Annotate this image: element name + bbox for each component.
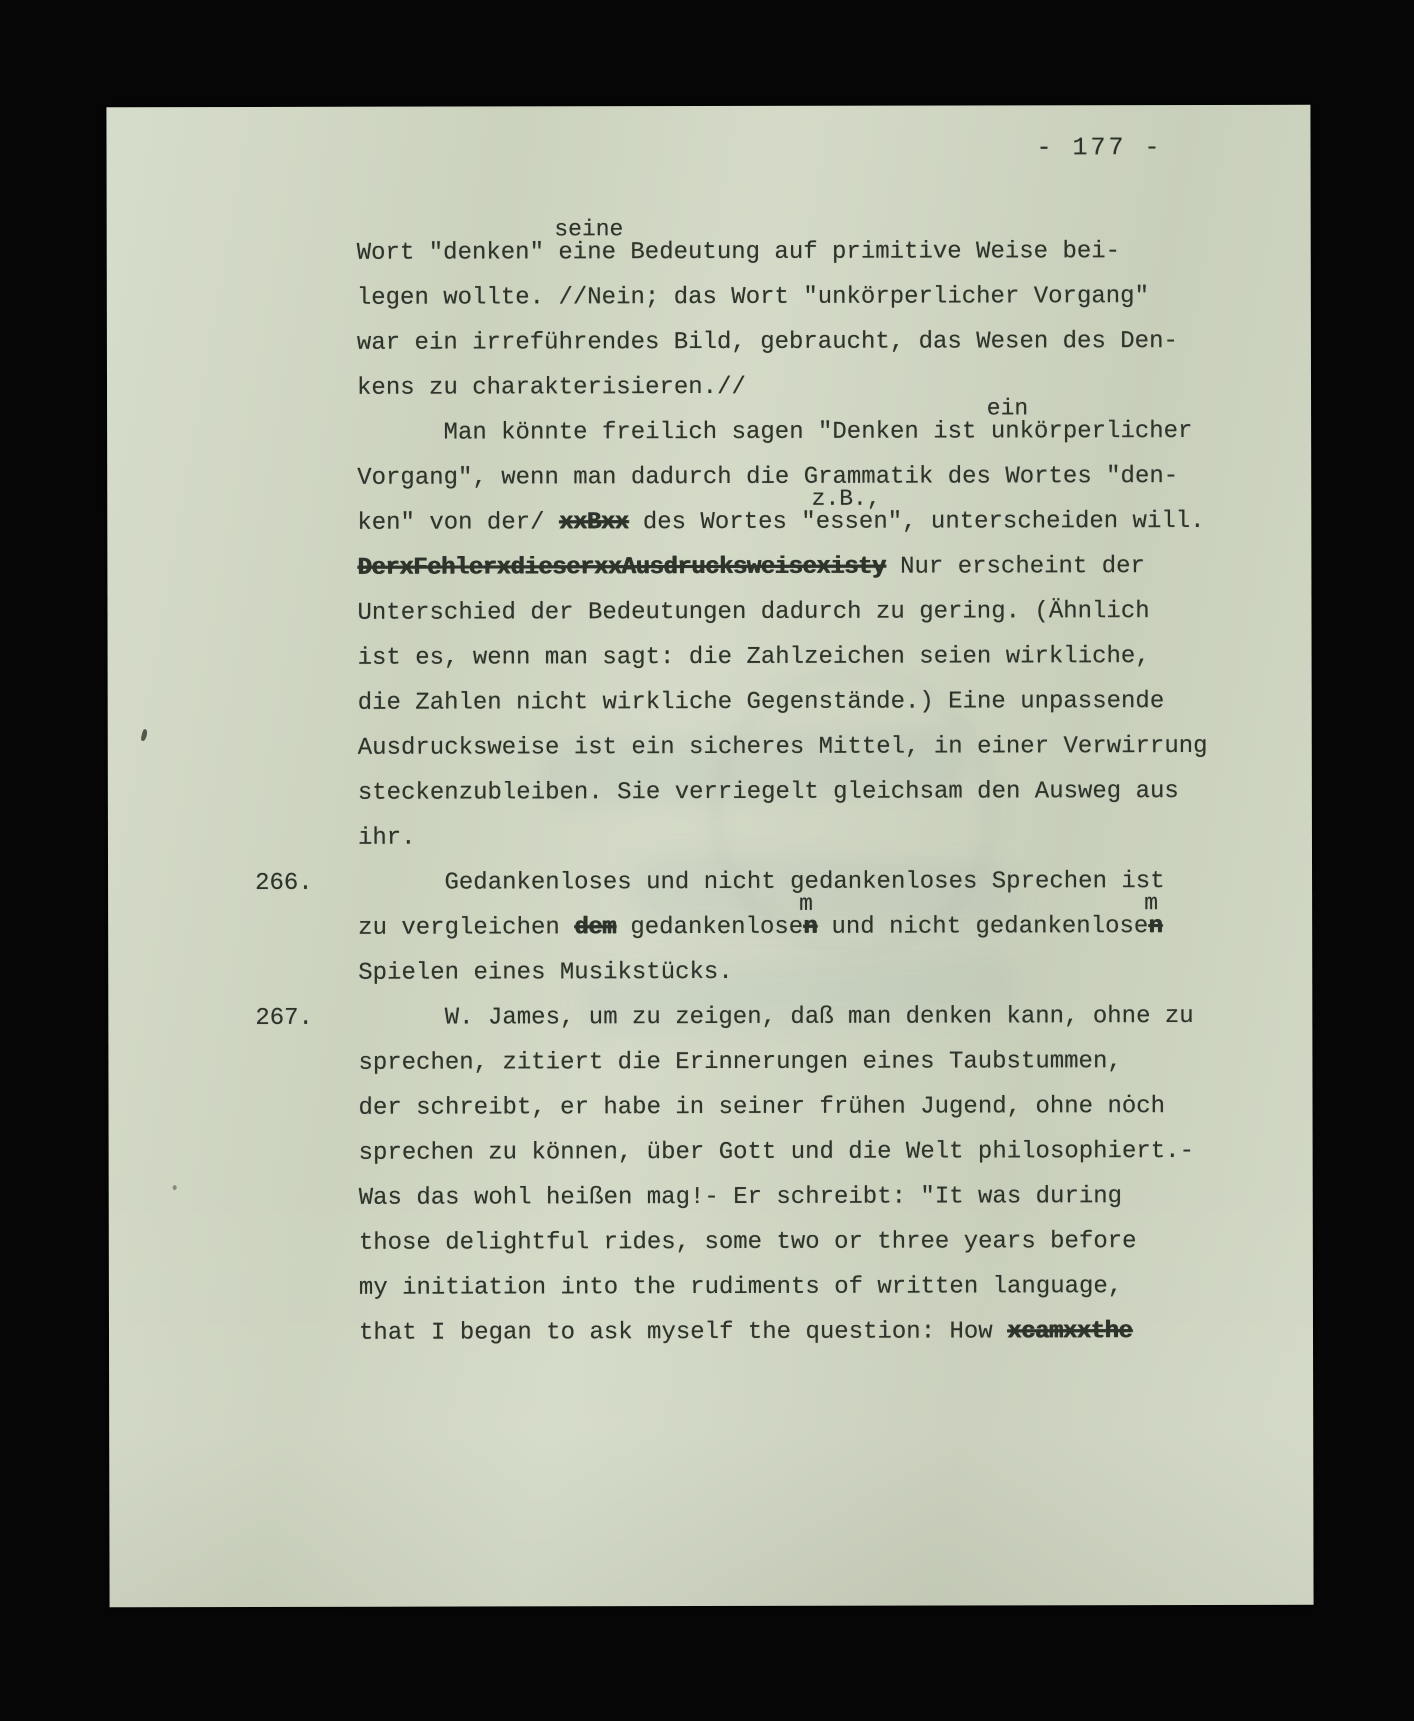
text-line: Spielen eines Musikstücks. <box>358 949 1208 996</box>
text-line: war ein irreführendes Bild, gebraucht, d… <box>357 319 1207 366</box>
struck-text: n <box>1148 913 1162 940</box>
text-line: Vorgang", wenn man dadurch die Grammatik… <box>357 454 1207 501</box>
text-line: ihr. <box>358 814 1208 861</box>
text-run: Unterschied der Bedeutungen dadurch zu g… <box>357 598 1149 627</box>
interline-insertion: z.B., <box>812 488 881 511</box>
typescript-page: - 177 - Wort "denken" seineeine Bedeutun… <box>106 105 1313 1608</box>
text-run: der schreibt, er habe in seiner frühen J… <box>358 1093 1165 1122</box>
text-run: ihr. <box>358 825 416 852</box>
text-line: ist es, wenn man sagt: die Zahlzeichen s… <box>358 634 1208 681</box>
text-line: 267. W. James, um zu zeigen, daß man den… <box>358 994 1208 1041</box>
text-line: 266. Gedankenloses und nicht gedankenlos… <box>358 859 1208 906</box>
section-number: 266. <box>255 861 313 906</box>
text-line: Wort "denken" seineeine Bedeutung auf pr… <box>357 229 1207 276</box>
struck-text: dem <box>574 914 616 941</box>
text-run: Ausdrucksweise ist ein sicheres Mittel, … <box>358 733 1208 762</box>
text-block: Wort "denken" seineeine Bedeutung auf pr… <box>357 229 1209 1356</box>
ink-speck <box>173 1185 177 1190</box>
text-run: legen wollte. //Nein; das Wort "unkörper… <box>357 283 1149 312</box>
text-run: steckenzubleiben. Sie verriegelt gleichs… <box>358 778 1179 807</box>
interline-insertion: ein <box>987 397 1028 420</box>
text-run: my initiation into the rudiments of writ… <box>359 1273 1122 1302</box>
page-number: - 177 - <box>1036 133 1162 162</box>
text-run: Was das wohl heißen mag!- Er schreibt: "… <box>359 1183 1122 1212</box>
text-line: Ausdrucksweise ist ein sicheres Mittel, … <box>358 724 1208 771</box>
struck-text: xxBxx <box>559 509 629 536</box>
text-run: des Wortes " <box>628 509 815 536</box>
text-run: sprechen, zitiert die Erinnerungen eines… <box>358 1048 1121 1077</box>
text-line: zu vergleichen dem gedankenlosemn und ni… <box>358 904 1208 951</box>
text-run: Man könnte freilich sagen "Denken ist <box>357 418 991 446</box>
text-run: Wort "denken" <box>357 239 559 266</box>
text-run: Gedankenloses und nicht gedankenloses Sp… <box>358 868 1165 897</box>
text-run: ken" von der/ <box>357 509 559 536</box>
text-run: essen", unterscheiden will. <box>816 508 1205 536</box>
text-line: my initiation into the rudiments of writ… <box>359 1264 1209 1311</box>
text-run: ist es, wenn man sagt: die Zahlzeichen s… <box>358 643 1150 672</box>
text-line: Was das wohl heißen mag!- Er schreibt: "… <box>359 1174 1209 1221</box>
screen: - 177 - Wort "denken" seineeine Bedeutun… <box>0 0 1414 1721</box>
text-line: DerxFehlerxdieserxxAusdrucksweisexisty N… <box>357 544 1207 591</box>
struck-text: DerxFehlerxdieserxxAusdrucksweisexisty <box>357 554 885 582</box>
text-run: kens zu charakterisieren.// <box>357 374 746 402</box>
text-line: ken" von der/ xxBxx des Wortes "z.B.,ess… <box>357 499 1207 546</box>
text-run: Vorgang", wenn man dadurch die Grammatik… <box>357 463 1178 492</box>
text-run: that I began to ask myself the question:… <box>359 1318 1007 1346</box>
text-run: und nicht gedankenlose <box>817 913 1148 941</box>
text-run: those delightful rides, some two or thre… <box>359 1228 1137 1257</box>
text-line: legen wollte. //Nein; das Wort "unkörper… <box>357 274 1207 321</box>
text-line: sprechen zu können, über Gott und die We… <box>359 1129 1209 1176</box>
struck-text: xcamxxthe <box>1007 1318 1132 1345</box>
text-run: zu vergleichen <box>358 914 574 941</box>
interline-insertion: seine <box>554 218 623 241</box>
text-run: die Zahlen nicht wirkliche Gegenstände.)… <box>358 688 1165 717</box>
text-line: sprechen, zitiert die Erinnerungen eines… <box>358 1039 1208 1086</box>
ink-speck <box>140 729 148 742</box>
text-run: gedankenlose <box>616 914 803 941</box>
struck-text: n <box>803 914 817 941</box>
text-run: Nur erscheint der <box>886 553 1145 581</box>
text-line: kens zu charakterisieren.// <box>357 364 1207 411</box>
text-line: those delightful rides, some two or thre… <box>359 1219 1209 1266</box>
text-line: der schreibt, er habe in seiner frühen J… <box>358 1084 1208 1131</box>
text-run: eine Bedeutung auf primitive Weise bei- <box>558 238 1120 266</box>
text-line: Man könnte freilich sagen "Denken ist ei… <box>357 409 1207 456</box>
interline-insertion: m <box>799 893 813 916</box>
text-line: steckenzubleiben. Sie verriegelt gleichs… <box>358 769 1208 816</box>
text-line: that I began to ask myself the question:… <box>359 1309 1209 1356</box>
text-line: die Zahlen nicht wirkliche Gegenstände.)… <box>358 679 1208 726</box>
text-line: Unterschied der Bedeutungen dadurch zu g… <box>357 589 1207 636</box>
text-run: Spielen eines Musikstücks. <box>358 959 733 987</box>
text-run: unkörperlicher <box>991 418 1193 445</box>
text-run: W. James, um zu zeigen, daß man denken k… <box>358 1003 1193 1032</box>
text-run: sprechen zu können, über Gott und die We… <box>359 1138 1194 1167</box>
section-number: 267. <box>255 996 313 1041</box>
text-run: war ein irreführendes Bild, gebraucht, d… <box>357 328 1178 357</box>
interline-insertion: m <box>1144 892 1158 915</box>
